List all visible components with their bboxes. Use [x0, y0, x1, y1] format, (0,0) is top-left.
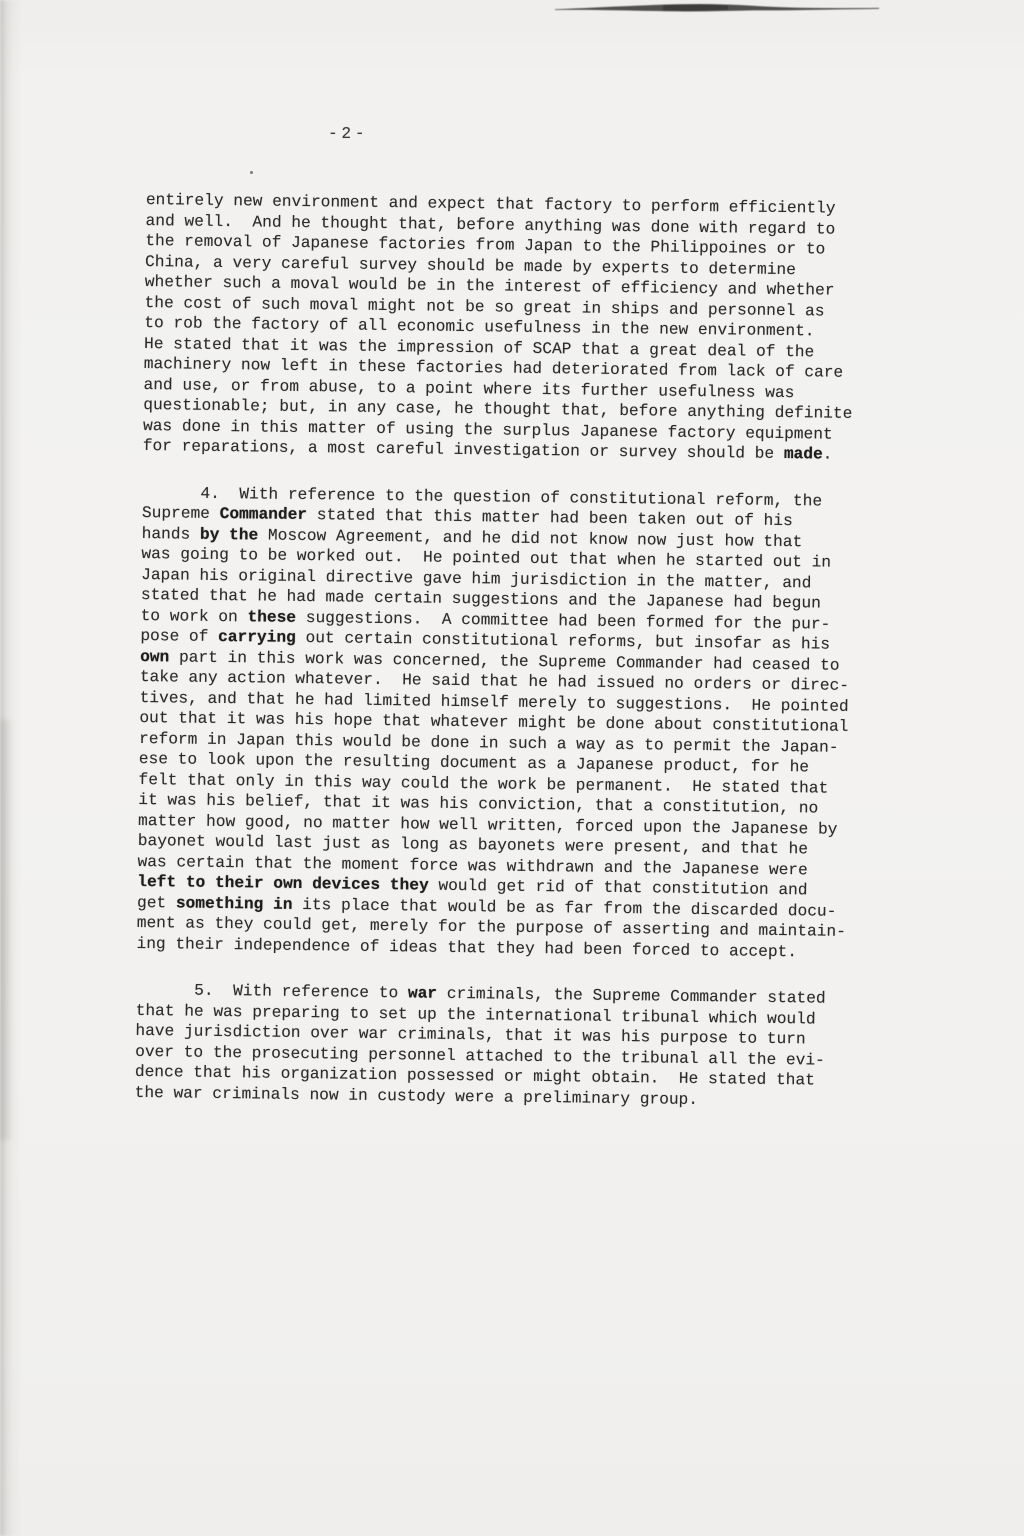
- scan-edge-blotch: [0, 720, 14, 1140]
- typed-text-segment: get: [137, 893, 176, 911]
- heavy-strike-text: own: [140, 647, 169, 665]
- stray-dot-mark: [250, 171, 253, 174]
- heavy-strike-text: left to their own devices they: [137, 873, 429, 895]
- ink-smear-mark: [553, 1, 883, 17]
- typed-text-segment: Supreme: [142, 504, 220, 523]
- paragraph: entirely new environment and expect that…: [143, 190, 891, 466]
- paragraph: 5. With reference to war criminals, the …: [135, 980, 881, 1112]
- heavy-strike-text: carrying: [218, 628, 296, 647]
- heavy-strike-text: war: [408, 984, 437, 1002]
- typed-text-segment: 5. With reference to: [136, 981, 408, 1002]
- scanned-memo-page: - 2 - entirely new environment and expec…: [0, 0, 1024, 1536]
- smear-core: [663, 5, 728, 11]
- heavy-strike-text: Commander: [220, 505, 308, 524]
- typed-text-segment: pose of: [140, 627, 218, 646]
- typed-text-segment: would get rid of that constitution and: [429, 877, 808, 900]
- heavy-strike-text: made: [784, 445, 823, 463]
- typed-text-segment: .: [823, 446, 833, 464]
- typed-text-segment: criminals, the Supreme Commander stated: [437, 985, 826, 1008]
- heavy-strike-text: by the: [200, 525, 259, 544]
- heavy-strike-text: these: [247, 608, 296, 627]
- paragraph: 4. With reference to the question of con…: [136, 482, 887, 963]
- typed-text: entirely new environment and expect that…: [135, 190, 891, 1112]
- page-number: - 2 -: [328, 125, 362, 143]
- typed-text-segment: to work on: [141, 606, 248, 625]
- typed-text-segment: hands: [142, 524, 201, 543]
- heavy-strike-text: something in: [176, 894, 293, 913]
